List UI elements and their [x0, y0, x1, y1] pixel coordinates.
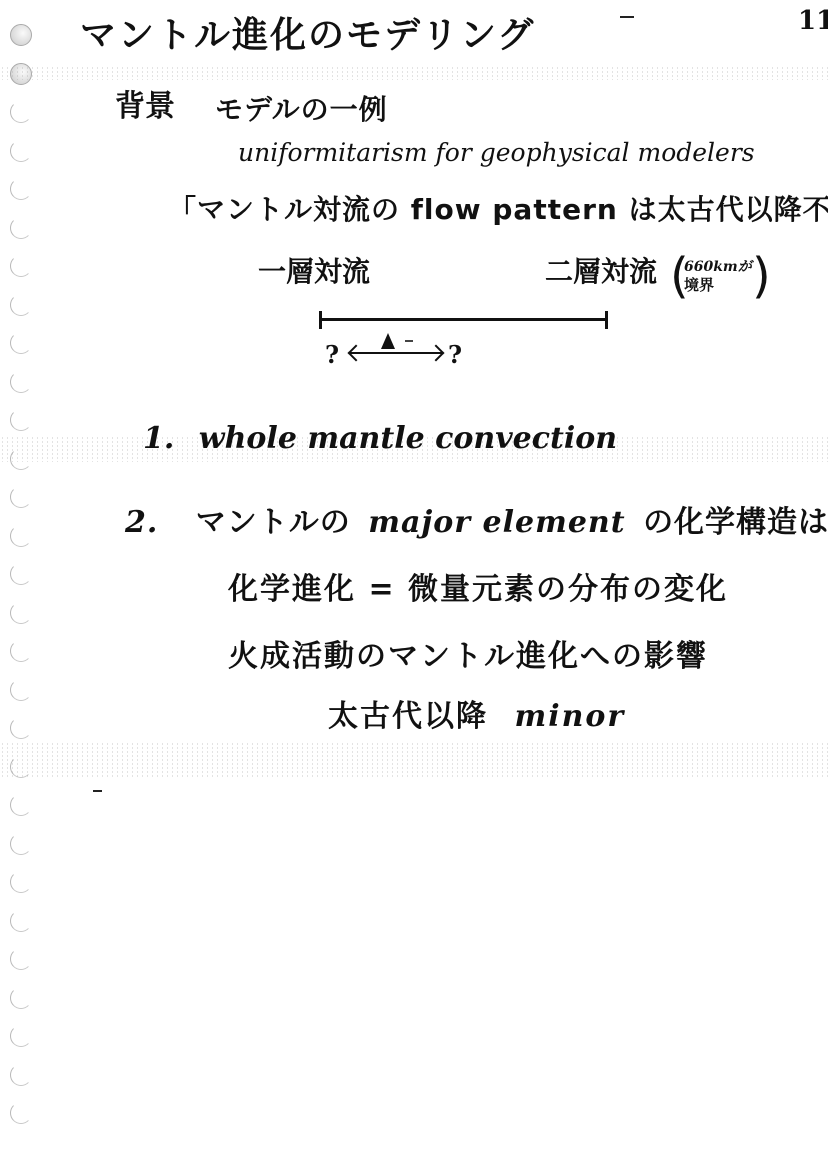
binding-hole — [10, 486, 32, 508]
binding-hole — [10, 833, 32, 855]
point-1-text: whole mantle convection — [199, 421, 617, 456]
single-layer-label: 一層対流 — [258, 258, 370, 286]
page-title: マントル進化のモデリング — [80, 18, 535, 54]
spectrum-line — [320, 318, 608, 321]
binding-hole — [10, 371, 32, 393]
point-2: 2. マントルの major element の化学構造は不変 — [125, 508, 828, 538]
binding-hole — [10, 1064, 32, 1086]
scan-noise-band — [0, 742, 828, 778]
notebook-page: マントル進化のモデリング 11 背景 モデルの一例 uniformitarism… — [0, 0, 828, 1167]
minor-text: minor — [514, 699, 625, 734]
binding-hole — [10, 255, 32, 277]
point-2-number: 2. — [125, 505, 158, 540]
section-subheading: モデルの一例 — [215, 96, 388, 124]
binding-hole — [10, 525, 32, 547]
position-marker-icon — [381, 333, 395, 349]
concept-text: uniformitarism for geophysical modelers — [238, 140, 755, 165]
stray-mark — [405, 340, 413, 342]
note-line-2: 境界 — [684, 274, 714, 295]
binding-holes — [4, 0, 34, 1167]
binding-hole — [10, 910, 32, 932]
quote-text: 「マントル対流の flow pattern は太古代以降不変」 — [168, 196, 828, 224]
scan-noise-band — [0, 66, 828, 80]
point-2-text-en: major element — [368, 505, 625, 540]
archean-minor-note: 太古代以降 minor — [328, 702, 625, 732]
binding-hole — [10, 563, 32, 585]
close-paren: ) — [752, 252, 771, 300]
page-number: 11 — [798, 8, 828, 34]
binding-hole — [10, 1025, 32, 1047]
two-layer-label: 二層対流 — [545, 258, 657, 286]
spectrum-left-tick — [319, 311, 322, 329]
binding-hole — [10, 24, 32, 46]
stray-mark — [620, 16, 634, 18]
binding-hole — [10, 140, 32, 162]
archean-text: 太古代以降 — [328, 699, 488, 734]
point-2-text-pre: マントルの — [196, 505, 351, 540]
point-1: 1. whole mantle convection — [143, 424, 617, 454]
binding-hole — [10, 987, 32, 1009]
binding-hole — [10, 1102, 32, 1124]
point-1-number: 1. — [143, 421, 174, 456]
left-question-mark: ? — [325, 340, 339, 369]
binding-hole — [10, 294, 32, 316]
binding-hole — [10, 794, 32, 816]
binding-hole — [10, 871, 32, 893]
two-layer-note: ( 660kmが 境界 ) — [670, 252, 770, 302]
binding-hole — [10, 717, 32, 739]
binding-hole — [10, 332, 32, 354]
spectrum-right-tick — [605, 311, 608, 329]
binding-hole — [10, 409, 32, 431]
chemical-evolution-note: 化学進化 = 微量元素の分布の変化 — [228, 575, 728, 605]
binding-hole — [10, 217, 32, 239]
binding-hole — [10, 178, 32, 200]
binding-hole — [10, 948, 32, 970]
binding-hole — [10, 679, 32, 701]
binding-hole — [10, 640, 32, 662]
right-question-mark: ? — [448, 340, 462, 369]
binding-hole — [10, 602, 32, 624]
binding-hole — [10, 101, 32, 123]
igneous-activity-note: 火成活動のマントル進化への影響 — [228, 642, 708, 672]
stray-mark — [93, 790, 102, 792]
point-2-text-post: の化学構造は不変 — [643, 505, 828, 540]
double-arrow-icon — [350, 352, 442, 354]
section-heading: 背景 — [115, 92, 175, 122]
note-line-1: 660kmが — [684, 256, 752, 276]
